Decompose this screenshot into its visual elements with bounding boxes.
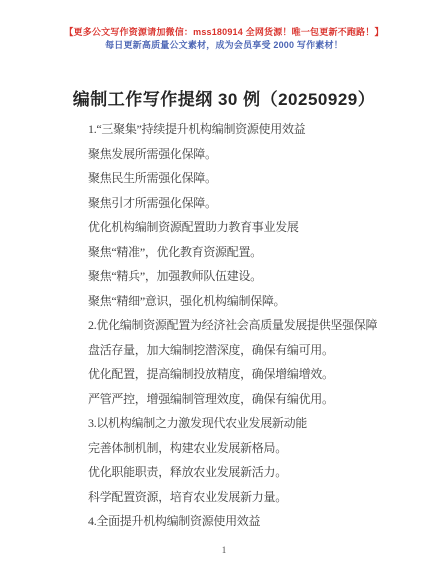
paragraph-line: 盘活存量，加大编制挖潜深度，确保有编可用。 [88, 338, 408, 363]
promo-header: 【更多公文写作资源请加微信：mss180914 全网货源！唯一包更新不跑路！】 … [0, 0, 448, 52]
paragraph-line: 严管严控，增强编制管理效度，确保有编优用。 [88, 387, 408, 412]
promo-line-1: 【更多公文写作资源请加微信：mss180914 全网货源！唯一包更新不跑路！】 [0, 26, 448, 39]
paragraph-line: 完善体制机制，构建农业发展新格局。 [88, 436, 408, 461]
paragraph-line: 聚焦“精准”，优化教育资源配置。 [88, 240, 408, 265]
paragraph-line: 科学配置资源，培育农业发展新力量。 [88, 485, 408, 510]
paragraph-line: 聚焦民生所需强化保障。 [88, 166, 408, 191]
paragraph-line: 聚焦“精兵”，加强教师队伍建设。 [88, 264, 408, 289]
paragraph-line: 优化配置，提高编制投放精度，确保增编增效。 [88, 362, 408, 387]
paragraph-line: 2.优化编制资源配置为经济社会高质量发展提供坚强保障 [88, 313, 408, 338]
promo-line-2: 每日更新高质量公文素材，成为会员享受 2000 写作素材！ [0, 39, 448, 52]
paragraph-line: 聚焦引才所需强化保障。 [88, 191, 408, 216]
page-number: 1 [0, 545, 448, 555]
paragraph-line: 聚焦“精细”意识，强化机构编制保障。 [88, 289, 408, 314]
paragraph-line: 优化机构编制资源配置助力教育事业发展 [88, 215, 408, 240]
document-page: 【更多公文写作资源请加微信：mss180914 全网货源！唯一包更新不跑路！】 … [0, 0, 448, 580]
paragraph-line: 优化职能职责，释放农业发展新活力。 [88, 460, 408, 485]
paragraph-line: 4.全面提升机构编制资源使用效益 [88, 509, 408, 534]
paragraph-line: 3.以机构编制之力激发现代农业发展新动能 [88, 411, 408, 436]
document-title: 编制工作写作提纲 30 例（20250929） [0, 85, 448, 110]
paragraph-line: 聚焦发展所需强化保障。 [88, 142, 408, 167]
document-body: 1.“三聚集”持续提升机构编制资源使用效益 聚焦发展所需强化保障。 聚焦民生所需… [0, 117, 448, 534]
paragraph-line: 1.“三聚集”持续提升机构编制资源使用效益 [88, 117, 408, 142]
